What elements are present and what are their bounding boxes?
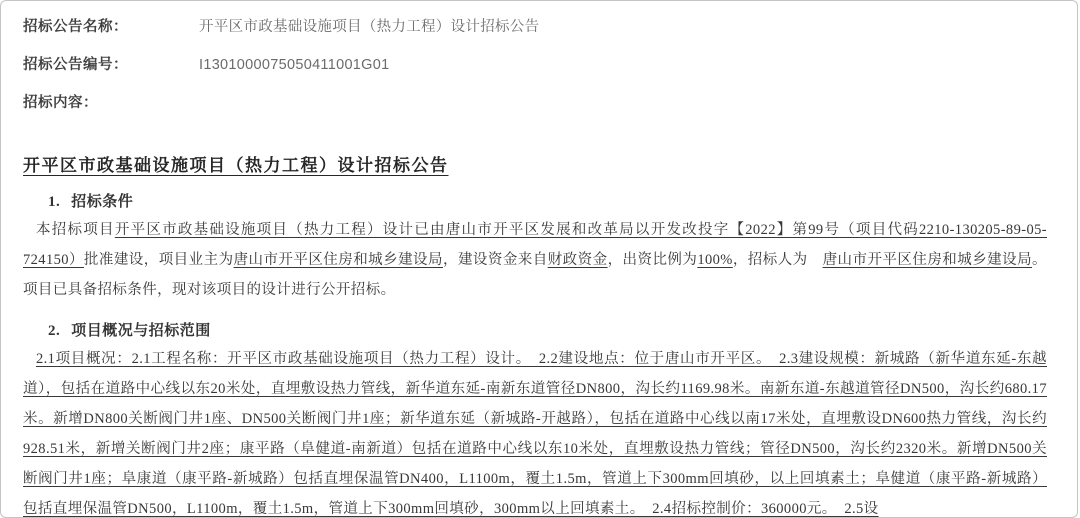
template-text: ，出资比例为 (608, 252, 698, 268)
filled-blank-text: 100% (697, 252, 732, 268)
announcement-name-row: 招标公告名称： 开平区市政基础设施项目（热力工程）设计招标公告 (23, 15, 1047, 36)
project-overview-paragraph: 2.1项目概况：2.1工程名称：开平区市政基础设施项目（热力工程）设计。 2.2… (23, 344, 1047, 518)
announcement-name-label: 招标公告名称： (23, 15, 199, 36)
section1-heading: 1.招标条件 (48, 190, 1047, 211)
template-text: ，建设资金来自 (443, 252, 548, 268)
announcement-number-row: 招标公告编号： I1301000075050411001G01 (23, 53, 1047, 74)
announcement-name-value: 开平区市政基础设施项目（热力工程）设计招标公告 (199, 15, 539, 36)
template-text: 本招标项目 (36, 222, 115, 238)
announcement-content-label: 招标内容： (23, 91, 199, 112)
announcement-number-value: I1301000075050411001G01 (199, 57, 389, 73)
section2-number: 2. (48, 323, 60, 339)
template-text: 批准建设，项目业主为 (84, 252, 234, 268)
announcement-number-label: 招标公告编号： (23, 53, 199, 74)
filled-blank-text: 唐山市开平区住房和城乡建设局 (234, 252, 443, 268)
tender-conditions-paragraph: 本招标项目开平区市政基础设施项目（热力工程）设计已由唐山市开平区发展和改革局以开… (23, 215, 1047, 305)
section1-title: 招标条件 (71, 194, 133, 210)
announcement-content-row: 招标内容： (23, 91, 1047, 112)
section2-title: 项目概况与招标范围 (71, 323, 211, 339)
filled-blank-text: 财政资金 (548, 252, 608, 268)
document-title: 开平区市政基础设施项目（热力工程）设计招标公告 (23, 151, 449, 176)
template-text: ，招标人为 (733, 252, 823, 268)
section1-number: 1. (48, 194, 60, 210)
filled-blank-text: 唐山市开平区住房和城乡建设局 (823, 252, 1032, 268)
project-overview-text: 2.1项目概况：2.1工程名称：开平区市政基础设施项目（热力工程）设计。 2.2… (23, 351, 1047, 517)
announcement-page: 招标公告名称： 开平区市政基础设施项目（热力工程）设计招标公告 招标公告编号： … (0, 0, 1078, 518)
section2-heading: 2.项目概况与招标范围 (48, 319, 1047, 340)
